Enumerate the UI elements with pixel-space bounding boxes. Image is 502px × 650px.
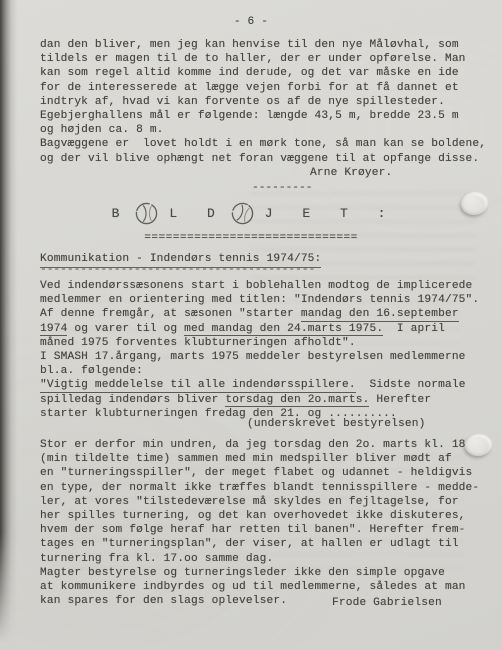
signature-frode-gabrielsen: Frode Gabrielsen [332,596,442,610]
article-2-body: Stor er derfor min undren, da jeg torsda… [40,438,486,608]
masthead-letters: J E T : [259,206,397,221]
section-separator: --------- [252,181,312,195]
tennis-ball-icon [227,197,259,229]
section-heading-underline: ----------------------------------------… [40,263,315,277]
masthead-letters: B [106,206,131,221]
tennis-ball-icon [134,201,159,226]
masthead-letters: L D [163,206,225,221]
punch-hole-mark [461,193,487,215]
article-1-text: dan den bliver, men jeg kan henvise til … [40,38,486,166]
signature-arne-kroyer: Arne Krøyer. [310,166,392,180]
page-number: - 6 - [0,15,502,29]
board-signature-note: (underskrevet bestyrelsen) [247,417,425,431]
masthead-underline: ============================== [0,231,502,245]
newsletter-column-title: B L D J E T : [0,198,502,228]
scanned-newsletter-page: - 6 - dan den bliver, men jeg kan henvis… [0,0,502,650]
article-2-intro: Ved indendørssæsonens start i boblehalle… [40,279,479,421]
scan-edge-shadow [0,0,17,650]
punch-hole-mark [465,435,491,456]
